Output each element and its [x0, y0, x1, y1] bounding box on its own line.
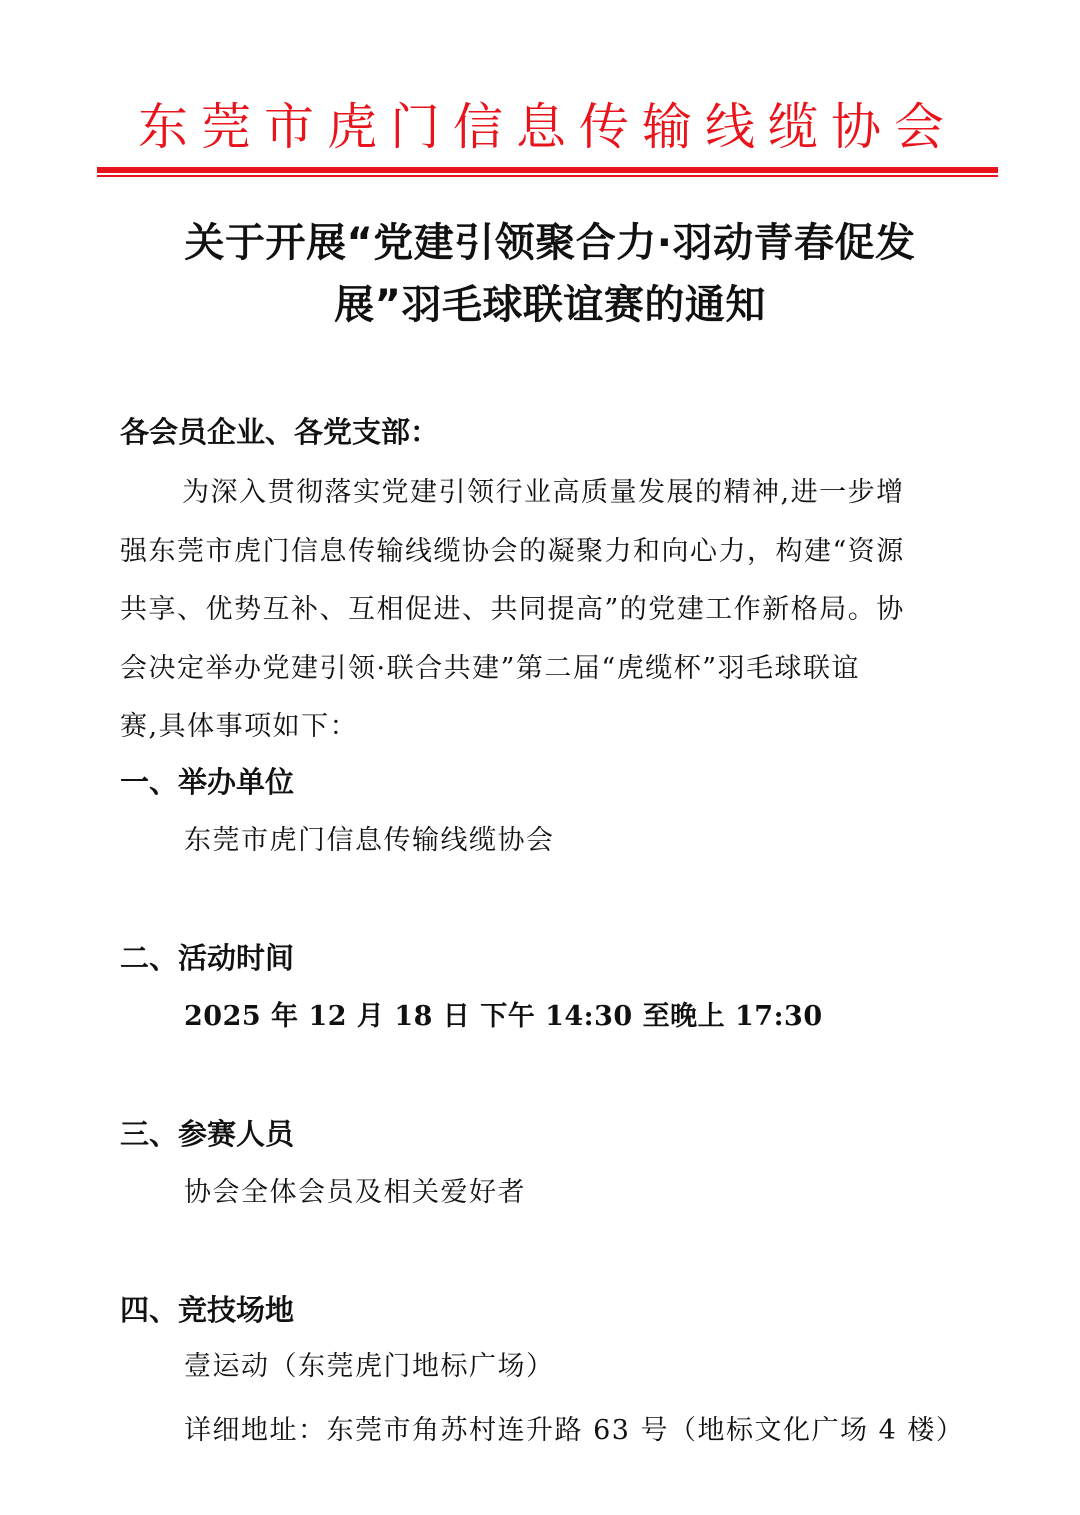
body-line: 赛,具体事项如下： [120, 698, 990, 757]
section-text: 东莞市虎门信息传输线缆协会 [184, 819, 555, 863]
section-heading: 二、活动时间 [120, 936, 294, 980]
notice-title-line-2: 展”羽毛球联谊赛的通知 [110, 274, 990, 336]
venue-name: 壹运动（东莞虎门地标广场） [184, 1345, 555, 1389]
venue-address: 详细地址：东莞市角苏村连升路 63 号（地标文化广场 4 楼） [184, 1409, 964, 1453]
notice-title-line-1: 关于开展“党建引领聚合力·羽动青春促发 [110, 212, 990, 274]
organization-name: 东莞市虎门信息传输线缆协会 [97, 92, 998, 162]
section-heading: 四、竞技场地 [120, 1288, 294, 1332]
body-line: 为深入贯彻落实党建引领行业高质量发展的精神,进一步增 [120, 464, 990, 523]
letterhead-rule-thin [97, 175, 998, 177]
body-line: 会决定举办党建引领·联合共建”第二届“虎缆杯”羽毛球联谊 [120, 640, 990, 699]
body-line: 共享、优势互补、互相促进、共同提高”的党建工作新格局。协 [120, 581, 990, 640]
section-text: 协会全体会员及相关爱好者 [184, 1171, 526, 1215]
event-datetime: 2025 年 12 月 18 日 下午 14:30 至晚上 17:30 [184, 995, 823, 1039]
letterhead-rule-thick [97, 167, 998, 173]
body-paragraph: 为深入贯彻落实党建引领行业高质量发展的精神,进一步增 强东莞市虎门信息传输线缆协… [120, 464, 990, 757]
section-heading: 三、参赛人员 [120, 1112, 294, 1156]
notice-title: 关于开展“党建引领聚合力·羽动青春促发 展”羽毛球联谊赛的通知 [110, 212, 990, 336]
salutation: 各会员企业、各党支部： [120, 410, 439, 454]
body-line: 强东莞市虎门信息传输线缆协会的凝聚力和向心力，构建“资源 [120, 523, 990, 582]
section-heading: 一、举办单位 [120, 760, 294, 804]
